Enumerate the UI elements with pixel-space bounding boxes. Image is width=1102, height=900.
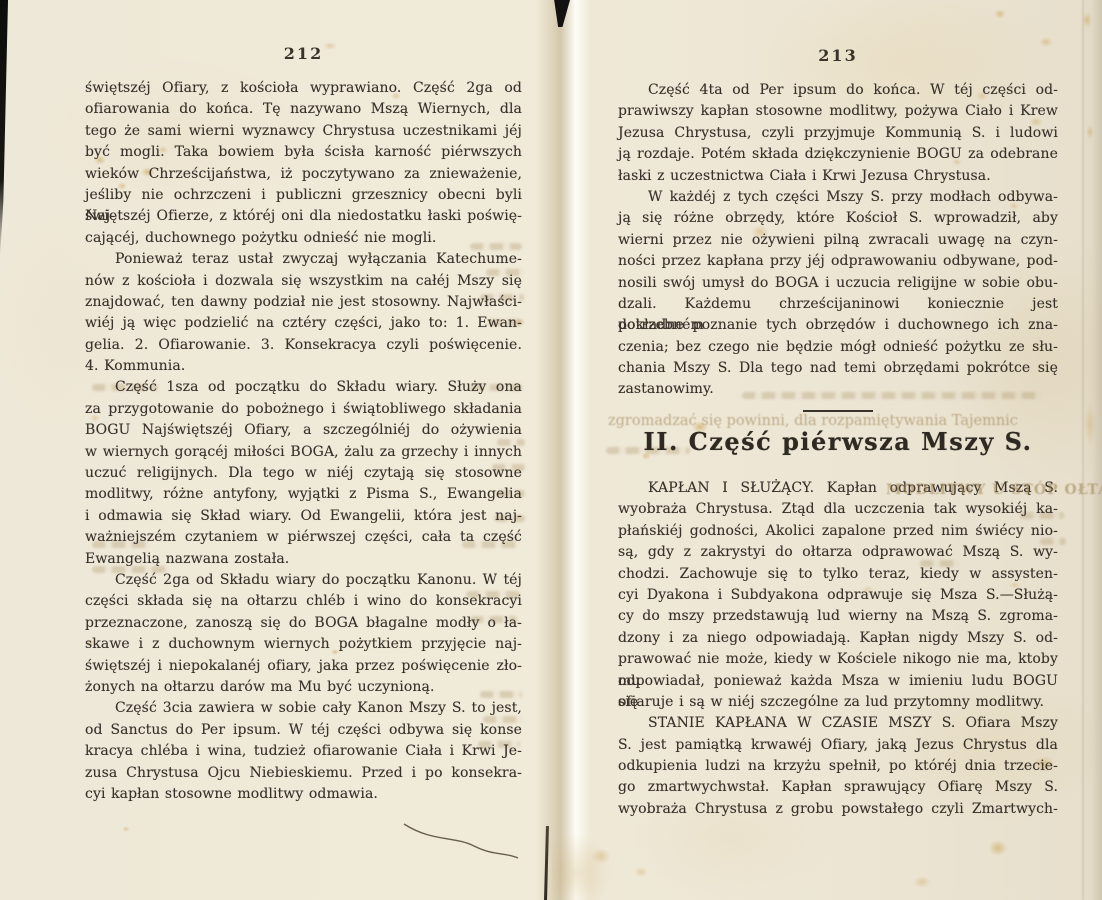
text-line: gelia. 2. Ofiarowanie. 3. Konsekracya cz…	[85, 335, 522, 356]
text-line: odpowiadał, ponieważ każda Msza w imieni…	[618, 671, 1058, 692]
text-line: czenia; bez czego nie będzie mógł odnieś…	[618, 337, 1058, 358]
text-line: W każdéj z tych części Mszy S. przy modł…	[618, 187, 1058, 208]
text-line: cyi Dyakona i Subdyakona odprawuje się M…	[618, 585, 1058, 606]
text-line: wierni przez nie ożywieni pilną zwracali…	[618, 230, 1058, 251]
text-line: odkupienia ludzi na krzyżu spełnił, po k…	[618, 756, 1058, 777]
text-line: zusa Chrystusa Ojcu Niebieskiemu. Przed …	[85, 763, 522, 784]
text-column-right-top: Część 4ta od Per ipsum do końca. W téj c…	[618, 80, 1058, 401]
text-line: Część 1sza od początku do Składu wiary. …	[85, 377, 522, 398]
foxing-stain	[988, 840, 1008, 856]
text-line: Jezusa Chrystusa, czyli przyjmuje Kommun…	[618, 123, 1058, 144]
text-line: części składa się na ołtarzu chléb i win…	[85, 591, 522, 612]
text-line: chania Mszy S. Dla tego nad temi obrzęda…	[618, 358, 1058, 379]
text-line: Ewangelią nazwana została.	[85, 549, 522, 570]
text-line: za przygotowanie do pobożnego i świątobl…	[85, 399, 522, 420]
text-line: świętszéj Ofierze, z któréj oni dla nied…	[85, 206, 522, 227]
text-line: przeznaczone, zanoszą się do BOGA błagal…	[85, 613, 522, 634]
text-line: BOGU Najświętszéj Ofiary, a szczególniéj…	[85, 420, 522, 441]
text-line: prawiwszy kapłan stosowne modlitwy, poży…	[618, 101, 1058, 122]
text-line: uczuć religijnych. Dla tego w niéj czyta…	[85, 463, 522, 484]
text-line: wieków Chrześcijaństwa, iż poczytywano z…	[85, 164, 522, 185]
foxing-stain	[994, 9, 1006, 19]
text-line: żonych na ołtarzu darów ma Mu być uczyni…	[85, 677, 522, 698]
text-line: tego że sami wierni wyznawcy Chrystusa u…	[85, 121, 522, 142]
text-line: ofiaruje i są w niéj szczególne za lud p…	[618, 692, 1058, 713]
text-line: wiéj ją więc podzielić na cztéry części,…	[85, 313, 522, 334]
text-line: ją rozdaje. Potém składa dziękczynienie …	[618, 144, 1058, 165]
text-line: wyobraża Chrystusa z grobu powstałego cz…	[618, 799, 1058, 820]
text-line: w wiernych gorącéj miłości BOGA, żalu za…	[85, 442, 522, 463]
text-line: są, gdy z zakrystyi do ołtarza odprawowa…	[618, 542, 1058, 563]
text-line: ności przez kapłana przy jéj odprawowani…	[618, 251, 1058, 272]
text-line: Część 3cia zawiera w sobie cały Kanon Ms…	[85, 698, 522, 719]
foxing-stain	[122, 826, 130, 832]
text-line: Część 2ga od Składu wiary do początku Ka…	[85, 570, 522, 591]
text-line: łaski z uczestnictwa Ciała i Krwi Jezusa…	[618, 166, 1058, 187]
text-line: być mogli. Taka bowiem była ścisła karno…	[85, 142, 522, 163]
text-column-left: świętszéj Ofiary, z kościoła wyprawiano.…	[85, 78, 522, 805]
page-number-right: 213	[618, 46, 1058, 65]
text-line: prawować nie może, kiedy w Kościele niko…	[618, 649, 1058, 670]
text-line: KAPŁAN I SŁUŻĄCY. Kapłan odprawujący Msz…	[618, 478, 1058, 499]
page-right-edge-streak	[1082, 0, 1084, 900]
text-line: skawe i z duchownym wiernych pożytkiem p…	[85, 634, 522, 655]
text-line: Ponieważ teraz ustał zwyczaj wyłączania …	[85, 249, 522, 270]
text-line: go zmartwychwstał. Kapłan sprawujący Ofi…	[618, 777, 1058, 798]
paper-hairline-mark	[398, 816, 523, 864]
page-number-left: 212	[85, 44, 522, 63]
text-line: chodzi. Zachowuje się to tylko teraz, ki…	[618, 564, 1058, 585]
text-line: ją się różne obrzędy, które Kościoł S. w…	[618, 208, 1058, 229]
text-line: nosili swój umysł do BOGA i uczucia reli…	[618, 273, 1058, 294]
text-line: cającéj, duchownego pożytku odnieść nie …	[85, 228, 522, 249]
text-line: modlitwy, różne antyfony, wyjątki z Pism…	[85, 484, 522, 505]
text-column-right-bottom: KAPŁAN I SŁUŻĄCY. Kapłan odprawujący Msz…	[618, 478, 1058, 820]
text-line: S. jest pamiątką krwawéj Ofiary, jaką Je…	[618, 735, 1058, 756]
text-line: od Sanctus do Per ipsum. W téj części od…	[85, 720, 522, 741]
text-line: płańskiéj godności, Akolici zapalone prz…	[618, 521, 1058, 542]
text-line: dokładne poznanie tych obrzędów i duchow…	[618, 315, 1058, 336]
text-line: świętszéj Ofiary, z kościoła wyprawiano.…	[85, 78, 522, 99]
text-line: cy do mszy przedstawują lud wierny na Ms…	[618, 606, 1058, 627]
text-line: jeśliby nie ochrzczeni i publiczni grzes…	[85, 185, 522, 206]
text-line: ważniejszém czytaniem w piérwszej części…	[85, 527, 522, 548]
text-line: świętszéj i niepokalanéj ofiary, jaka pr…	[85, 656, 522, 677]
text-line: nów z kościoła i dozwala się wszystkim n…	[85, 271, 522, 292]
foxing-stain	[913, 876, 931, 888]
section-heading: II. Część piérwsza Mszy S.	[618, 427, 1058, 456]
text-line: wyobraża Chrystusa. Ztąd dla uczczenia t…	[618, 499, 1058, 520]
text-line: ofiarowania do końca. Tę nazywano Mszą W…	[85, 99, 522, 120]
text-line: i odmawia się Skład wiary. Od Ewangelii,…	[85, 506, 522, 527]
page-gutter-shadow	[536, 0, 600, 900]
text-line: Część 4ta od Per ipsum do końca. W téj c…	[618, 80, 1058, 101]
section-divider	[618, 410, 1058, 412]
foxing-stain	[634, 867, 648, 877]
scan-left-dark-edge	[0, 0, 8, 258]
text-line: dzony i za niego odpowiadają. Kapłan nig…	[618, 628, 1058, 649]
text-line: 4. Kommunia.	[85, 356, 522, 377]
text-line: cyi kapłan stosowne modlitwy odmawia.	[85, 784, 522, 805]
text-line: STANIE KAPŁANA W CZASIE MSZY S. Ofiara M…	[618, 713, 1058, 734]
text-line: zastanowimy.	[618, 379, 1058, 400]
book-scan-spread: 212 świętszéj Ofiary, z kościoła wyprawi…	[0, 0, 1102, 900]
gutter-bottom-stain	[552, 832, 612, 900]
text-line: znajdować, ten dawny podział nie jest st…	[85, 292, 522, 313]
text-line: dzali. Każdemu chrześcijaninowi konieczn…	[618, 294, 1058, 315]
text-line: kracya chléba i wina, tudzież ofiarowani…	[85, 741, 522, 762]
